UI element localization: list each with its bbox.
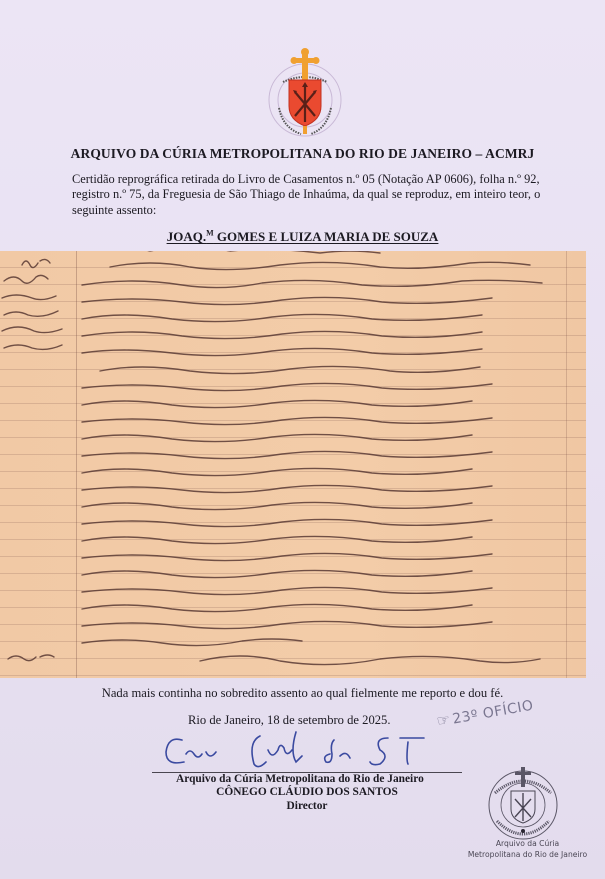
record-title-rest: GOMES E LUIZA MARIA DE SOUZA	[214, 229, 439, 244]
seal-caption: Arquivo da Cúria Metropolitana do Rio de…	[450, 839, 605, 860]
seal-caption-line1: Arquivo da Cúria	[450, 839, 605, 850]
certificate-intro: Certidão reprográfica retirada do Livro …	[72, 172, 542, 218]
signatory-block: Arquivo da Cúria Metropolitana do Rio de…	[152, 773, 462, 813]
archdiocese-seal-icon	[257, 48, 353, 140]
notary-stamp-text: 23º OFÍCIO	[451, 698, 535, 728]
archive-title: ARQUIVO DA CÚRIA METROPOLITANA DO RIO DE…	[0, 146, 605, 162]
signatory-institution: Arquivo da Cúria Metropolitana do Rio de…	[152, 773, 462, 786]
date-line: Rio de Janeiro, 18 de setembro de 2025.	[188, 713, 391, 728]
record-title-superscript: M	[206, 229, 214, 238]
signatory-name: CÔNEGO CLÁUDIO DOS SANTOS	[152, 786, 462, 799]
signatory-role: Director	[152, 800, 462, 813]
archive-seal-icon	[483, 763, 563, 843]
seal-caption-line2: Metropolitana do Rio de Janeiro	[450, 850, 605, 861]
certificate-page: ARQUIVO DA CÚRIA METROPOLITANA DO RIO DE…	[0, 0, 605, 879]
director-signature	[160, 728, 440, 770]
handwriting-strokes	[0, 251, 586, 678]
record-title-prefix: JOAQ.	[167, 229, 206, 244]
record-title: JOAQ.M GOMES E LUIZA MARIA DE SOUZA	[0, 228, 605, 246]
manuscript-scan	[0, 251, 586, 678]
